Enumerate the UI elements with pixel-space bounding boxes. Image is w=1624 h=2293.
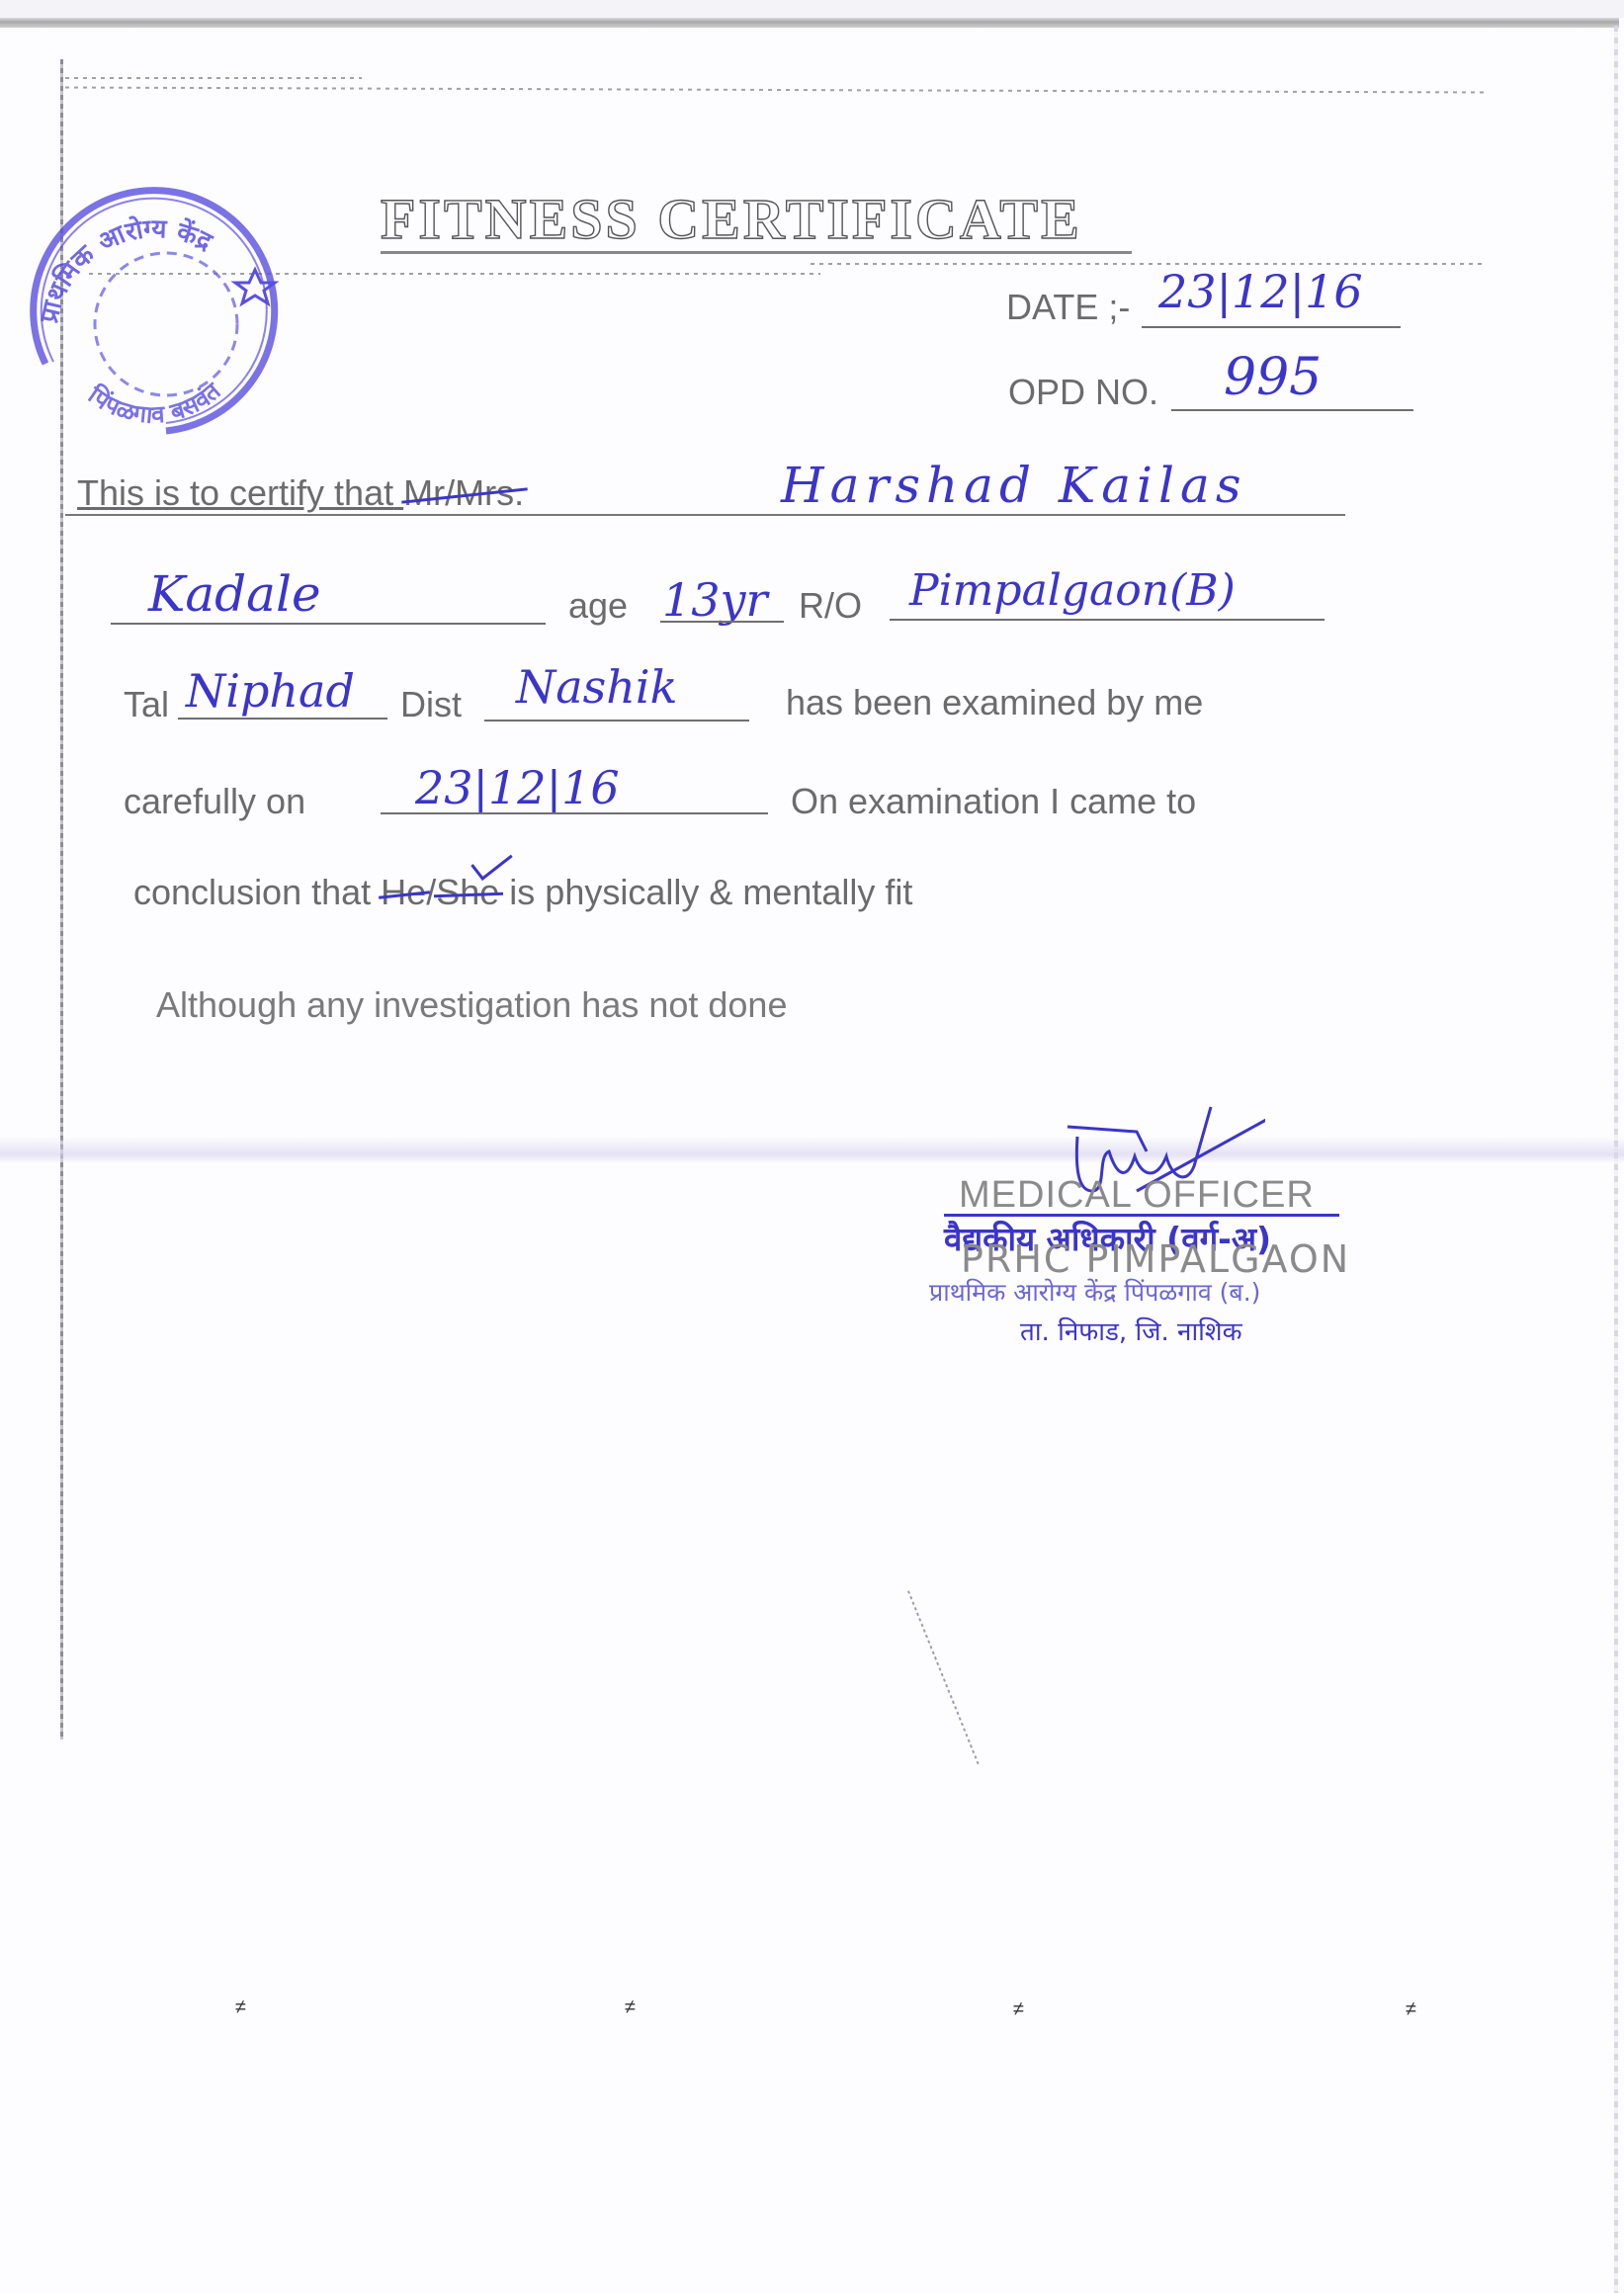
honorific-struck: Mr/Mrs.	[403, 472, 524, 514]
residence-underline	[890, 619, 1325, 621]
round-seal-stamp-icon: प्राथमिक आरोग्य केंद्र पिंपळगाव बसवंत	[18, 176, 285, 443]
scan-artifact-line	[907, 1590, 980, 1765]
certify-text: This is to certify that Mr/Mrs.	[77, 472, 524, 514]
scan-top-edge	[0, 18, 1619, 28]
scan-artifact-mark: ≠	[1013, 1998, 1024, 2021]
residence-value: Pimpalgaon(B)	[909, 565, 1236, 616]
taluka-underline	[178, 718, 387, 720]
name-underline	[65, 514, 1345, 516]
conclusion-suffix: is physically & mentally fit	[509, 872, 912, 912]
district-underline	[484, 720, 749, 722]
age-label: age	[568, 585, 628, 627]
scanned-certificate-page: प्राथमिक आरोग्य केंद्र पिंपळगाव बसवंत FI…	[0, 0, 1624, 2293]
examined-text: has been examined by me	[786, 682, 1203, 723]
surname-underline	[111, 623, 546, 625]
exam-date-underline	[381, 812, 768, 814]
header-dotted-rule	[65, 77, 362, 79]
conclusion-prefix: conclusion that	[133, 872, 371, 912]
seal-phc-marathi: प्राथमिक आरोग्य केंद्र पिंपळगाव (ब.)	[929, 1275, 1260, 1309]
opd-label: OPD NO.	[1008, 372, 1158, 413]
exam-text: On examination I came to	[791, 781, 1196, 822]
careful-label: carefully on	[124, 781, 305, 822]
age-underline	[660, 621, 784, 623]
patient-name-value: Harshad Kailas	[781, 457, 1247, 514]
date-label: DATE ;-	[1006, 287, 1130, 328]
patient-surname-value: Kadale	[148, 565, 321, 623]
date-value: 23|12|16	[1158, 265, 1363, 318]
header-dotted-rule	[65, 86, 1489, 93]
exam-date-value: 23|12|16	[415, 761, 620, 814]
header-dotted-rule	[811, 263, 1483, 265]
taluka-label: Tal	[124, 684, 169, 725]
certificate-title: FITNESS CERTIFICATE	[381, 186, 1082, 252]
district-label: Dist	[400, 684, 462, 725]
residence-label: R/O	[799, 585, 862, 627]
date-underline	[1142, 326, 1401, 328]
scan-top-margin	[0, 0, 1624, 18]
taluka-value: Niphad	[186, 664, 355, 718]
seal-address-marathi: ता. निफाड, जि. नाशिक	[1020, 1313, 1242, 1348]
pronoun-he-struck: He	[381, 872, 426, 913]
age-value: 13yr	[662, 573, 768, 627]
conclusion-text: conclusion that He/She is physically & m…	[133, 872, 912, 913]
scan-artifact-mark: ≠	[235, 1996, 246, 2019]
opd-number-value: 995	[1224, 348, 1322, 407]
investigation-note: Although any investigation has not done	[156, 984, 787, 1026]
paper-fold-crease	[0, 1137, 1624, 1162]
scan-artifact-mark: ≠	[625, 1996, 636, 2019]
district-value: Nashik	[516, 660, 678, 714]
pronoun-she-struck: She	[436, 872, 499, 913]
opd-underline	[1171, 409, 1413, 411]
scan-artifact-mark: ≠	[1406, 1998, 1416, 2021]
title-underline	[381, 251, 1132, 254]
certify-prefix: This is to certify that	[77, 472, 393, 513]
medical-officer-label: MEDICAL OFFICER	[959, 1174, 1315, 1217]
